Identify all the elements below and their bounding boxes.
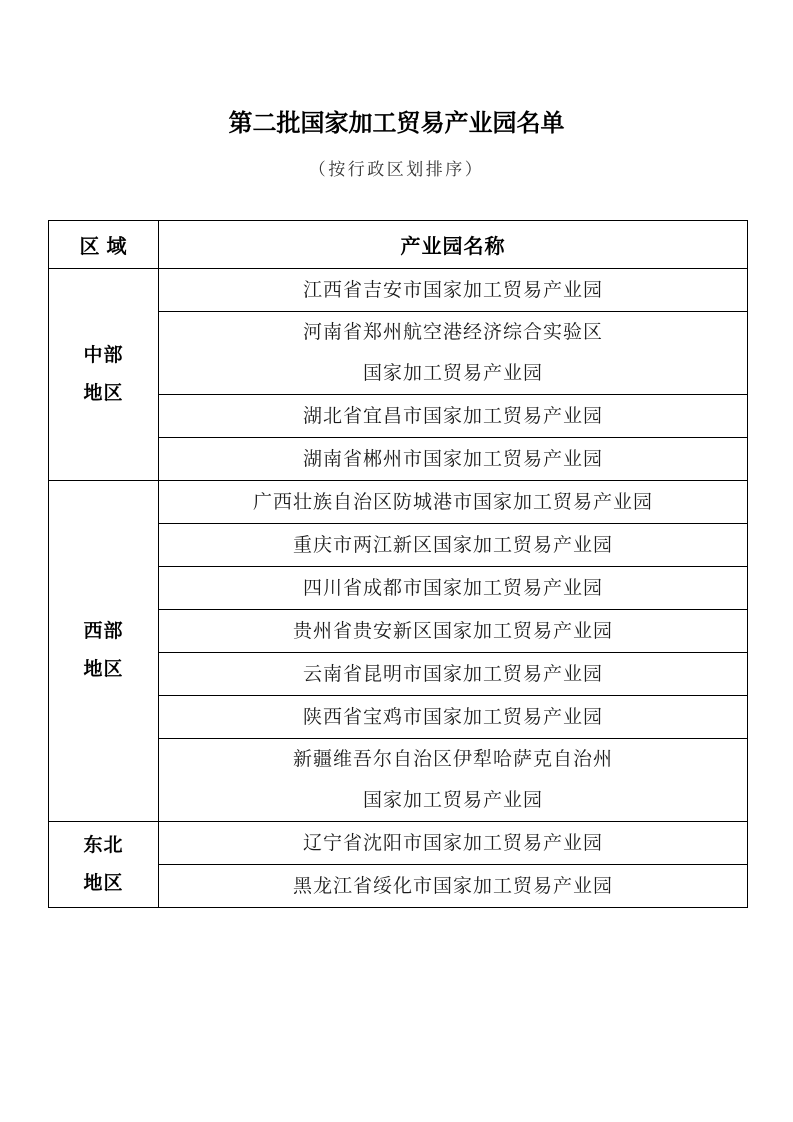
park-name-cell: 湖北省宜昌市国家加工贸易产业园	[159, 395, 748, 438]
region-column-header: 区 域	[49, 221, 159, 269]
park-name-line: 江西省吉安市国家加工贸易产业园	[159, 270, 747, 311]
park-name-cell: 黑龙江省绥化市国家加工贸易产业园	[159, 865, 748, 908]
park-row: 东北地区辽宁省沈阳市国家加工贸易产业园	[49, 822, 748, 865]
table-body: 中部地区江西省吉安市国家加工贸易产业园河南省郑州航空港经济综合实验区国家加工贸易…	[49, 269, 748, 908]
park-name-line: 陕西省宝鸡市国家加工贸易产业园	[159, 697, 747, 738]
page-title: 第二批国家加工贸易产业园名单	[0, 110, 793, 138]
park-name-line: 四川省成都市国家加工贸易产业园	[159, 568, 747, 609]
park-name-line: 辽宁省沈阳市国家加工贸易产业园	[159, 823, 747, 864]
park-name-column-header: 产业园名称	[159, 221, 748, 269]
park-name-cell: 辽宁省沈阳市国家加工贸易产业园	[159, 822, 748, 865]
park-name-line: 云南省昆明市国家加工贸易产业园	[159, 654, 747, 695]
region-label-line: 地区	[49, 651, 158, 689]
park-name-cell: 云南省昆明市国家加工贸易产业园	[159, 653, 748, 696]
park-name-cell: 新疆维吾尔自治区伊犁哈萨克自治州国家加工贸易产业园	[159, 739, 748, 822]
region-label-line: 东北	[49, 827, 158, 865]
park-name-line: 湖北省宜昌市国家加工贸易产业园	[159, 396, 747, 437]
park-name-line: 广西壮族自治区防城港市国家加工贸易产业园	[159, 482, 747, 523]
park-name-line: 重庆市两江新区国家加工贸易产业园	[159, 525, 747, 566]
page-subtitle: （按行政区划排序）	[0, 158, 793, 182]
park-name-line: 新疆维吾尔自治区伊犁哈萨克自治州	[159, 739, 747, 780]
park-name-cell: 重庆市两江新区国家加工贸易产业园	[159, 524, 748, 567]
region-label-line: 地区	[49, 375, 158, 413]
park-row: 中部地区江西省吉安市国家加工贸易产业园	[49, 269, 748, 312]
table-header-row: 区 域 产业园名称	[49, 221, 748, 269]
park-name-line: 黑龙江省绥化市国家加工贸易产业园	[159, 866, 747, 907]
region-cell-western: 西部地区	[49, 481, 159, 822]
park-name-cell: 陕西省宝鸡市国家加工贸易产业园	[159, 696, 748, 739]
park-name-cell: 四川省成都市国家加工贸易产业园	[159, 567, 748, 610]
region-label-line: 西部	[49, 613, 158, 651]
park-name-line: 贵州省贵安新区国家加工贸易产业园	[159, 611, 747, 652]
park-name-cell: 贵州省贵安新区国家加工贸易产业园	[159, 610, 748, 653]
parks-table: 区 域 产业园名称 中部地区江西省吉安市国家加工贸易产业园河南省郑州航空港经济综…	[48, 220, 748, 908]
park-name-cell: 湖南省郴州市国家加工贸易产业园	[159, 438, 748, 481]
document-page: 第二批国家加工贸易产业园名单 （按行政区划排序） 区 域 产业园名称 中部地区江…	[0, 0, 793, 1122]
park-row: 西部地区广西壮族自治区防城港市国家加工贸易产业园	[49, 481, 748, 524]
park-name-cell: 江西省吉安市国家加工贸易产业园	[159, 269, 748, 312]
region-cell-central: 中部地区	[49, 269, 159, 481]
park-name-cell: 广西壮族自治区防城港市国家加工贸易产业园	[159, 481, 748, 524]
park-name-cell: 河南省郑州航空港经济综合实验区国家加工贸易产业园	[159, 312, 748, 395]
park-name-line: 国家加工贸易产业园	[159, 780, 747, 821]
park-name-line: 河南省郑州航空港经济综合实验区	[159, 312, 747, 353]
park-name-line: 湖南省郴州市国家加工贸易产业园	[159, 439, 747, 480]
region-label-line: 地区	[49, 865, 158, 903]
region-label-line: 中部	[49, 337, 158, 375]
region-cell-northeast: 东北地区	[49, 822, 159, 908]
park-name-line: 国家加工贸易产业园	[159, 353, 747, 394]
